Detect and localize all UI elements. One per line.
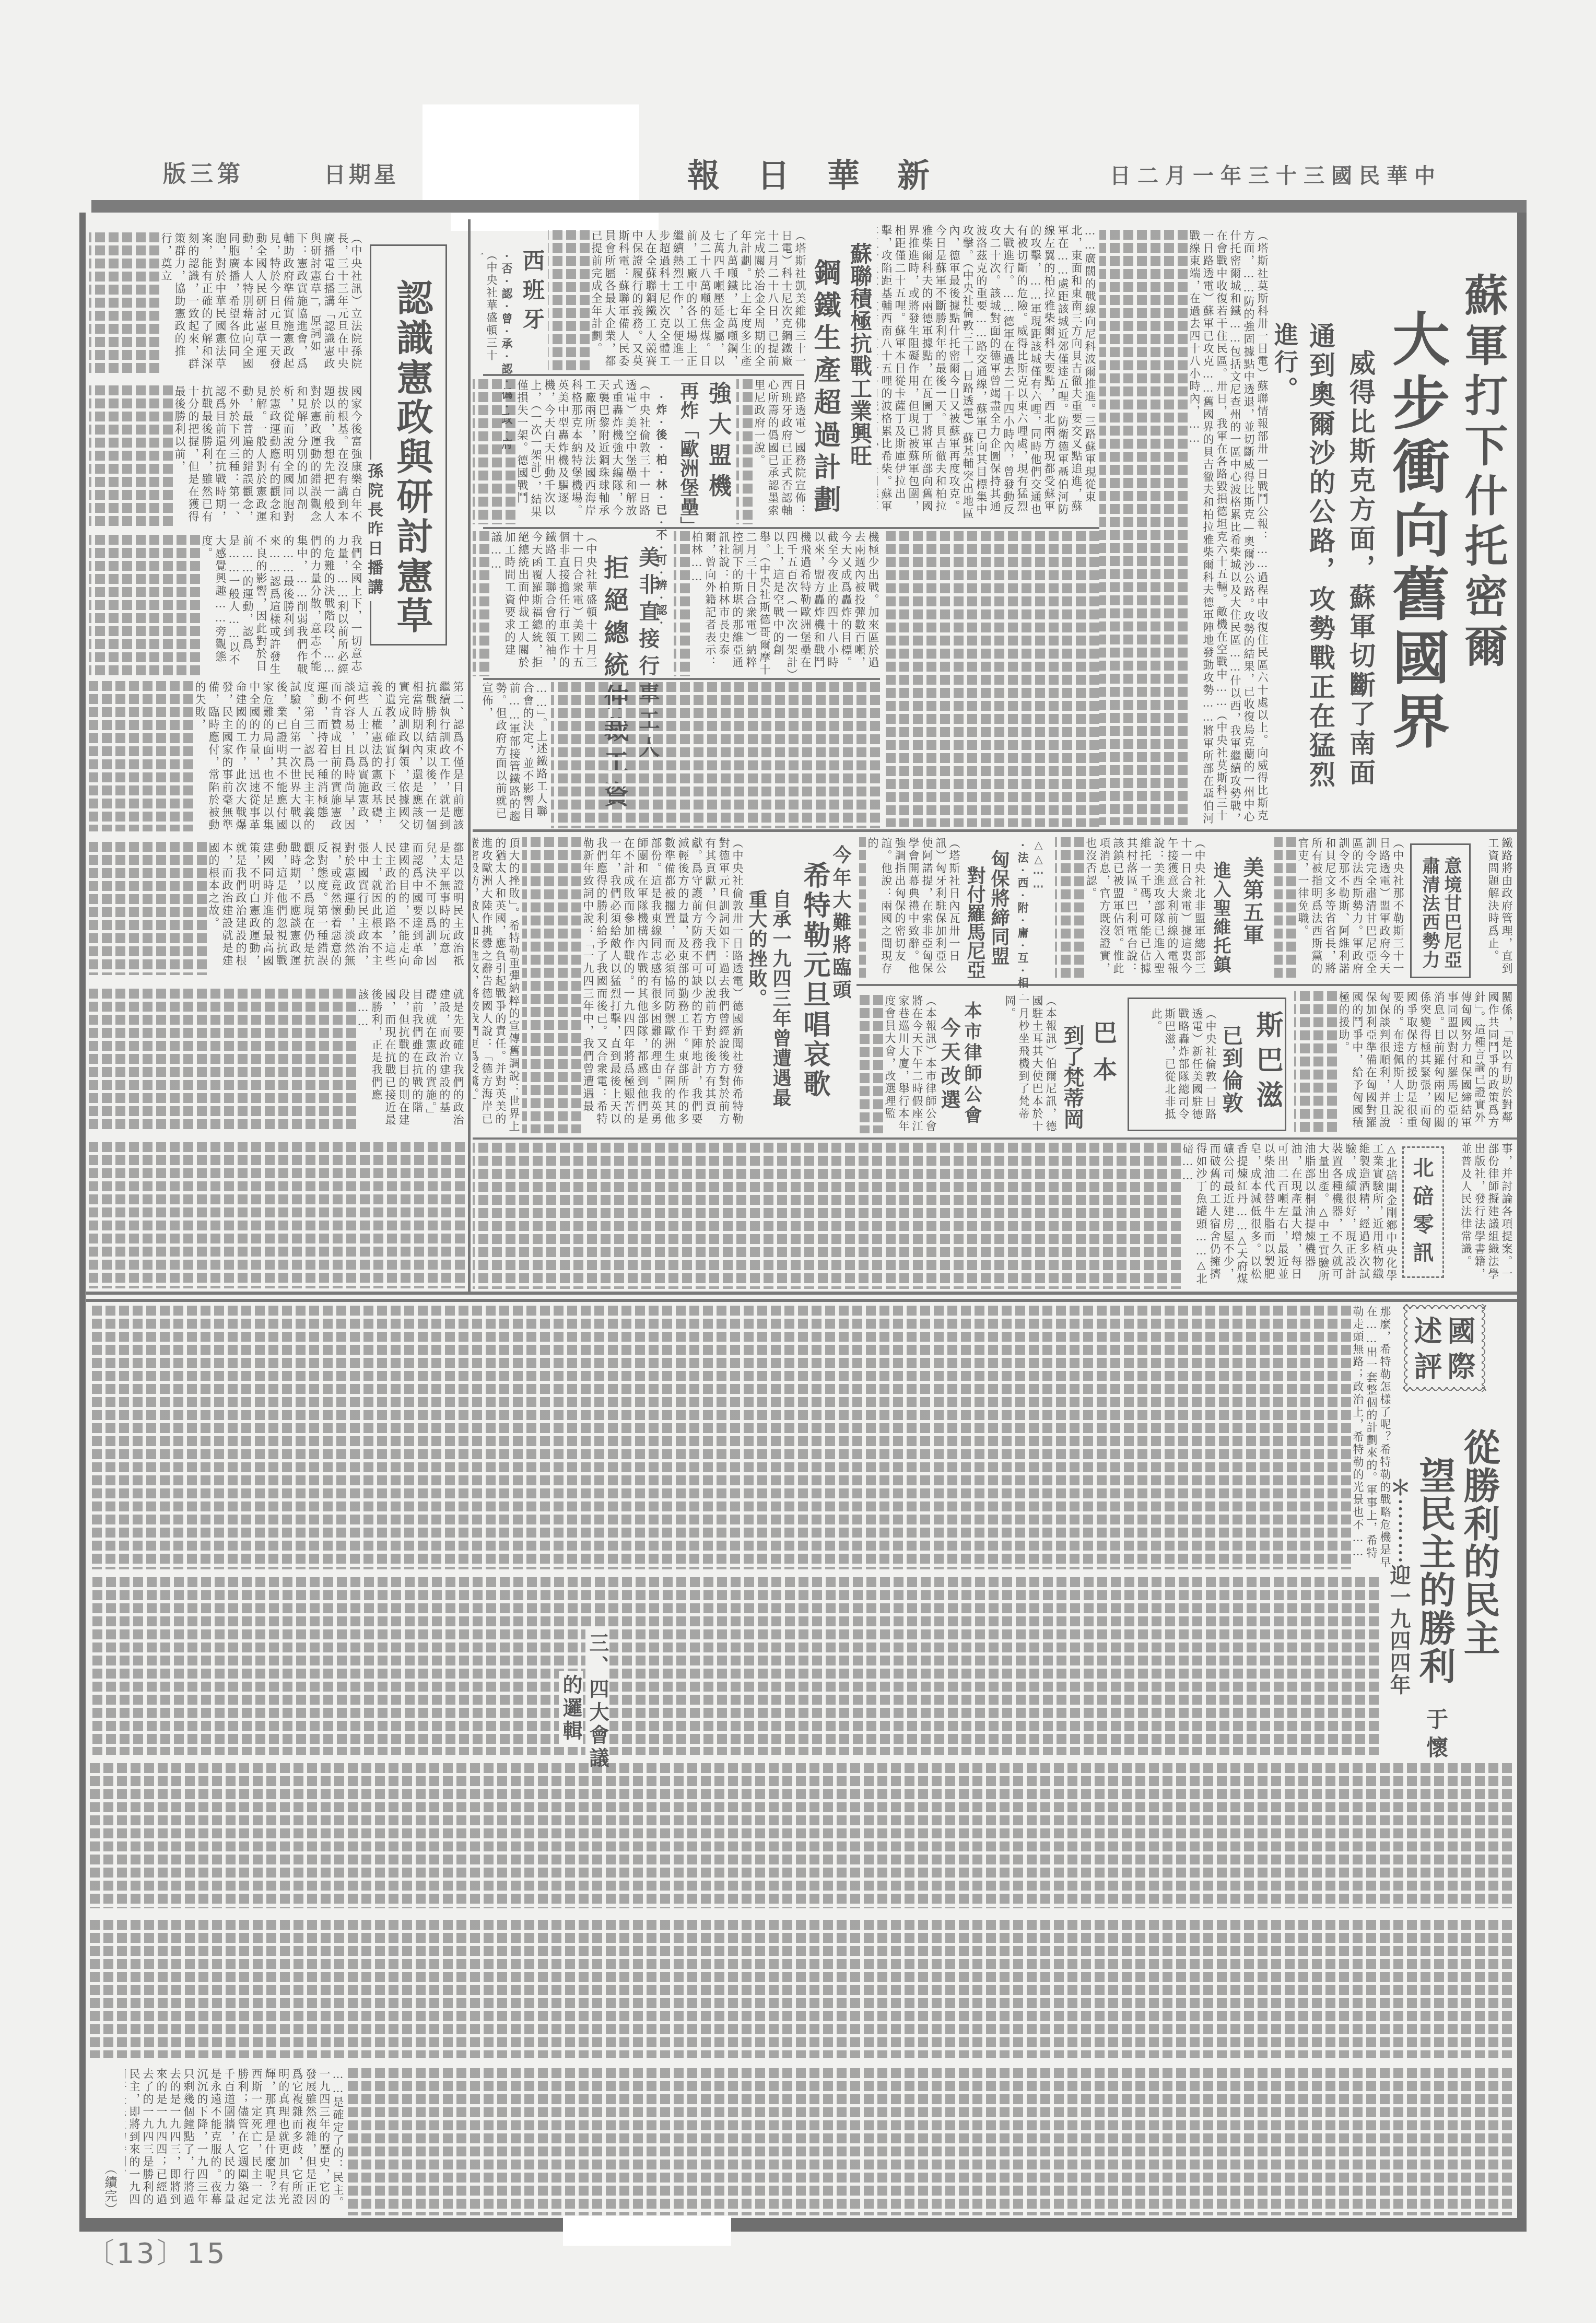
headline-campania: 意境甘巴尼亞	[1442, 857, 1460, 969]
text-texture	[89, 1763, 1512, 1908]
subhead: 通到奧爾沙的公路，攻勢戰正在猛烈	[1307, 322, 1333, 790]
headline-victorious-democracy: 從勝利的民主	[1461, 1428, 1497, 1657]
article-text: 都是以證明民主政治祇是太平無事時的玩意兒，決不可以爲訓，因而認爲中國要達到革命建…	[207, 842, 465, 975]
masked-area	[563, 2216, 731, 2246]
article-body: 鐵路將由政府管理，直到工資問題解決時爲止。	[1482, 837, 1513, 979]
subhead: 自承一九四三年曾遭遇最	[771, 889, 790, 1108]
article-text: （塔斯社日內瓦卅一日訊）匈牙利駐保加利亞公使阿諾提，在索非亞匈保學會開幕典禮中致…	[866, 837, 961, 979]
left-border	[79, 213, 86, 2232]
headline-steel-output: 鋼鐵生產超過計劃	[811, 259, 838, 518]
article-body	[89, 1142, 465, 1288]
headline-disaster-looms: 今年大難將臨頭	[831, 845, 850, 1002]
article-body: （本報訊）伯爾尼訊，德國駐土耳其大使巴本於十一月杪坐飛機到了梵蒂岡。	[990, 995, 1058, 1133]
issue-date: 中華民國三十三年一月二日	[1110, 166, 1442, 186]
article-body: （中央社華盛頓十二月三十一日合衆電）美國十五個非直接擔任行車工作的鐵路工人聯合會…	[473, 531, 598, 676]
headline-fortress-europe: 再炸「歐洲堡壘」	[679, 381, 698, 536]
headline-soviet-zhitomir: 蘇軍打下什托密爾	[1461, 273, 1504, 674]
article-text: （塔斯社莫斯科卅一日電）蘇聯情報部卅一日戰鬥公報：……過程中收復住民區六十處以上…	[1188, 230, 1269, 825]
article-body: 我們全國上下，一切意志力量，……利以前所必經的危難的決戰階段，……們的力量分散，…	[89, 535, 363, 678]
masthead-bar	[91, 200, 1527, 213]
article-body: （中央社訊）立法院孫院長，三十三年元旦在中央廣播電台播講「認識憲政與研討憲草」，…	[89, 232, 363, 373]
edition-label: 第三版	[163, 163, 244, 186]
headline-spain: 西班牙	[521, 249, 543, 337]
article-body: 就是先要確立我們的政治建設，而政治建設的基礎，就在憲政的實施。」目前我們雖在抗戰…	[89, 989, 465, 1130]
headline-hungary-bulgaria: 匈保將締同盟	[990, 850, 1008, 966]
headline-democratic-victory: 望民主的勝利	[1416, 1457, 1453, 1685]
article-text: （中央社那不勒斯三十一日路透電）盟軍政府今天訓令完全肅清甘巴尼亞全區的法西斯勢力…	[1296, 837, 1405, 979]
bottom-border	[79, 2218, 1527, 2232]
article-text: （本報訊）本市律師公會將在今天下午二時假座江家巷巡川大廈，舉行本年度會員大會，改…	[883, 995, 937, 1133]
article-body: 日路透電）國務院宣佈：西班牙政府已正式否認軸心所籌的僞國已承認墨索里尼政府一說。	[736, 379, 807, 524]
byline-sun-fo: 孫院長昨日播講	[363, 460, 383, 601]
article-text: 機極少出戰。加來區於過去兩週內被投彈數百噸，今天又成爲轟炸的目標。截至今夜止的四…	[690, 531, 880, 676]
article-text: 事，并討論各項提案。一部份律師擬建議組織法學出版社，發行法學書籍，並普及人民法律…	[1459, 1143, 1513, 1286]
article-ending: ……是確定了的：民主。一九四三年的歷史，它的發展雖然複雜，但是正因爲它複雜而多歧…	[125, 2068, 345, 2215]
article-text: （塔斯社凱美維佛三十一日電）科士尼次克鋼鐵廠十二月二十八日，已提前完成關於冶金全…	[590, 230, 807, 372]
text-texture	[89, 1920, 1512, 2058]
article-text: （中央社華盛頓十二月三十一日合衆電）美國十五個非直接擔任行車工作的鐵路工人聯合會…	[489, 531, 598, 676]
headline-papen: 巴本	[1092, 1020, 1116, 1094]
article-text: （中央社倫敦一日路透電）新任美國駐德戰略轟炸部隊總司令斯巴滋，已從北非抵此。	[1149, 1008, 1217, 1123]
article-body: （中央社那不勒斯三十一日路透電）盟軍政府今天訓令完全肅清甘巴尼亞全區的法西斯勢力…	[1274, 837, 1405, 979]
article-text: ……是確定了的：民主。一九四三年的歷史，它的發展雖然複雜，但是正因爲它複雜而多歧…	[125, 2068, 345, 2215]
article-body: 事，并討論各項提案。一部份律師擬建議組織法學出版社，發行法學書籍，並普及人民法律…	[1447, 1143, 1513, 1286]
article-body: 第二、認爲不僅是目前應該繼續執行訓政工作，就是到抗戰勝利結束以後，在一個相當時期…	[89, 681, 465, 831]
text-texture	[89, 1142, 465, 1288]
text-texture	[89, 1577, 1379, 1755]
column-label: 述評	[1412, 1316, 1440, 1387]
text-texture	[89, 1306, 1392, 1569]
headline-purge-fascists: 肅清法西勢力	[1421, 857, 1438, 969]
headline-bar-association: 本市律師公會	[963, 1001, 980, 1127]
article-text: 我們全國上下，一切意志力量，……利以前所必經的危難的決戰階段，……們的力量分散，…	[200, 535, 363, 678]
headline-vs-romania: 對付羅馬尼亞	[966, 866, 984, 979]
separator-marker: △△⋯⋯	[1033, 838, 1044, 894]
article-body: （中央社華盛頓三十一	[480, 249, 498, 373]
article-text: 國家今後富強康樂百年不拔的根基。在沒有講到本題以前，我想先把一般人對於憲政運動的…	[173, 385, 363, 526]
headline-soviet-border: 大步衝向舊國界	[1388, 309, 1445, 755]
text-texture	[883, 531, 1099, 827]
article-body: （塔斯社凱美維佛三十一日電）科士尼次克鋼鐵廠十二月二十八日，已提前完成關於冶金全…	[548, 230, 807, 372]
masked-area	[451, 213, 659, 231]
article-body: 都是以證明民主政治祇是太平無事時的玩意兒，決不可以爲訓，因而認爲中國要達到革命建…	[89, 842, 465, 975]
headline-constitution: 認識憲政與研討憲草	[394, 279, 430, 636]
headline-beibei-notes: 北碚零訊	[1411, 1157, 1432, 1270]
article-body	[551, 682, 880, 828]
article-body: 那麼，希特勒怎樣了呢？希特勒的戰略危機是早在……出一套整個的計劃來的。軍事上，希…	[89, 1306, 1392, 1569]
section-rule	[483, 527, 1099, 529]
subhead: 重大的挫敗。	[747, 889, 766, 1008]
article-text: （中央社倫敦卅一日路透電）德國新聞社發佈希特勒對德軍元旦訓詞如下：過去我們曾經說…	[581, 837, 744, 1133]
section-rule	[856, 984, 1517, 986]
headline-election-today: 今天改選	[939, 1017, 959, 1113]
right-border	[1517, 213, 1527, 2232]
masked-area	[423, 104, 639, 200]
subhead: 進行。	[1273, 322, 1297, 404]
column-label: 國際	[1446, 1316, 1474, 1387]
headline-soviet-industry: 蘇聯積極抗戰工業興旺	[849, 242, 871, 467]
headline-vatican: 到了梵蒂岡	[1062, 1025, 1083, 1129]
headline-spaatz: 斯巴滋	[1253, 1011, 1281, 1116]
article-text: （中央社倫敦三十一日路透電）美空中堡壘和解放式重轟炸機強大編隊，今天襲巴黎附近鋼…	[515, 379, 651, 524]
article-text: （本報訊）伯爾尼訊，德國駐土耳其大使巴本於十一月杪坐飛機到了梵蒂岡。	[1003, 995, 1058, 1133]
article-text: ……廣闊的戰線向尼科波爾推進。三路蘇軍現從東北，東面和東南三方向貝吉徹夫重要交叉…	[877, 225, 1097, 523]
article-body	[89, 1763, 1512, 1908]
double-rule	[86, 1292, 1517, 1295]
article-text: 關係，「是以有助於對鄰國作共同鬥爭的政策爲方針」。這種言論已證實外傳匈國努力和保…	[1337, 991, 1513, 1133]
article-body: （中央社北非盟軍總部三十一日合衆電）據這裏今午接獲意大利前線的電報說：美進攻部隊…	[1055, 837, 1206, 979]
article-text: （中央社北非盟軍總部三十一日合衆電）據這裏今午接獲意大利前線的電報說：美進攻部隊…	[1084, 837, 1206, 979]
article-body	[345, 2068, 1512, 2215]
section-rule	[483, 374, 804, 376]
article-body	[89, 1920, 1512, 2058]
headline-hitler-lament: 希特勒元旦唱哀歌	[801, 861, 828, 1099]
article-body: （本報訊）本市律師公會將在今天下午二時假座江家巷巡川大廈，舉行本年度會員大會，改…	[859, 995, 937, 1133]
article-text: 日路透電）國務院宣佈：西班牙政府已正式否認軸心所籌的僞國已承認墨索里尼政府一說。	[753, 379, 807, 524]
article-body: （塔斯社日內瓦卅一日訊）匈牙利駐保加利亞公使阿諾提，在索非亞匈保學會開幕典禮中致…	[859, 837, 961, 979]
author-byline: 于懷	[1425, 1708, 1447, 1764]
article-text: △北碚開金剛鄉中央化學工業實驗所，近用植物纖維製造酒精，經過多次試驗，成績很好，…	[1181, 1143, 1398, 1289]
article-text: 鐵路將由政府管理，直到工資問題解決時爲止。	[1486, 837, 1513, 979]
article-body: （中央社倫敦一日路透電）新任美國駐德戰略轟炸部隊總司令斯巴滋，已從北非抵此。	[1134, 1008, 1217, 1123]
masthead-title: 新華日報	[687, 160, 967, 192]
article-body: 頂大的挫敗」。希特勒重彈納粹的宣傳舊調說：世界上的猶太人和英國，應負引起戰爭的責…	[473, 837, 521, 1133]
article-body: （中央社倫敦三十一日路透電）美空中堡壘和解放式重轟炸機強大編隊，今天襲巴黎附近鋼…	[473, 379, 651, 524]
section-rule	[473, 1137, 1517, 1140]
article-text: 頂大的挫敗」。希特勒重彈納粹的宣傳舊調說：世界上的猶太人和英國，應負引起戰爭的責…	[473, 837, 521, 1133]
text-texture	[551, 682, 880, 828]
article-text: ……」。上述鐵路工人聯合會的決定，並不影響目前……軍部接管鐵路的趨勢。但政府方面…	[480, 682, 548, 828]
article-body: △北碚開金剛鄉中央化學工業實驗所，近用植物纖維製造酒精，經過多次試驗，成績很好，…	[473, 1143, 1398, 1289]
article-text: （中央社訊）立法院孫院長，三十三年元旦在中央廣播電台播講「認識憲政與研討憲草」，…	[159, 232, 363, 373]
archive-mark: 〔13〕15	[86, 2239, 227, 2268]
article-body: 關係，「是以有助於對鄰國作共同鬥爭的政策爲方針」。這種言論已證實外傳匈國努力和保…	[1294, 991, 1513, 1133]
section-heading: 的邏輯	[559, 1671, 583, 1746]
article-text: 第二、認爲不僅是目前應該繼續執行訓政工作，就是到抗戰勝利結束以後，在一個相當時期…	[193, 681, 465, 831]
headline-allied-planes: 強大盟機	[706, 381, 729, 505]
section-heading: 三、四大會議	[585, 1629, 609, 1774]
newspaper-page: 第三版 星期日 新華日報 中華民國三十三年一月二日 蘇軍打下什托密爾 大步衝向舊…	[0, 0, 1596, 2323]
text-texture	[345, 2068, 1512, 2215]
article-body: （中央社倫敦卅一日路透電）德國新聞社發佈希特勒對德軍元旦訓詞如下：過去我們曾經說…	[522, 837, 744, 1133]
article-body	[883, 531, 1099, 827]
column-rule	[468, 219, 471, 1293]
article-body: ……廣闊的戰線向尼科波爾推進。三路蘇軍現從東北，東面和東南三方向貝吉徹夫重要交叉…	[877, 225, 1097, 523]
article-text: 就是先要確立我們的政治建設，而政治建設的基礎，就在憲政的實施。」目前我們雖在抗戰…	[356, 989, 465, 1130]
headline-arrived-london: 已到倫敦	[1221, 1025, 1241, 1114]
headline-san-vito: 進入聖維托鎮	[1212, 861, 1229, 974]
subhead: 威得比斯克方面，蘇軍切斷了南面	[1347, 349, 1374, 788]
double-rule	[86, 1299, 1517, 1302]
article-body	[89, 1577, 1379, 1755]
end-mark: （續完）	[103, 2162, 116, 2216]
article-text: （中央社華盛頓三十一	[480, 249, 498, 373]
article-body: 機極少出戰。加來區於過去兩週內被投彈數百噸，今天又成爲轟炸的目標。截至今夜止的四…	[674, 531, 880, 676]
article-body: ……」。上述鐵路工人聯合會的決定，並不影響目前……軍部接管鐵路的趨勢。但政府方面…	[473, 682, 548, 828]
weekday-label: 星期日	[324, 164, 399, 186]
headline-fifth-army: 美第五軍	[1241, 857, 1262, 946]
section-rule	[473, 829, 1517, 832]
article-body: 國家今後富強康樂百年不拔的根基。在沒有講到本題以前，我想先把一般人對於憲政運動的…	[89, 385, 363, 526]
article-body: （塔斯社莫斯科卅一日電）蘇聯情報部卅一日戰鬥公報：……過程中收復住民區六十處以上…	[1099, 230, 1269, 825]
article-text: 那麼，希特勒怎樣了呢？希特勒的戰略危機是早在……出一套整個的計劃來的。軍事上，希…	[1351, 1306, 1392, 1569]
section-rule	[483, 678, 880, 680]
